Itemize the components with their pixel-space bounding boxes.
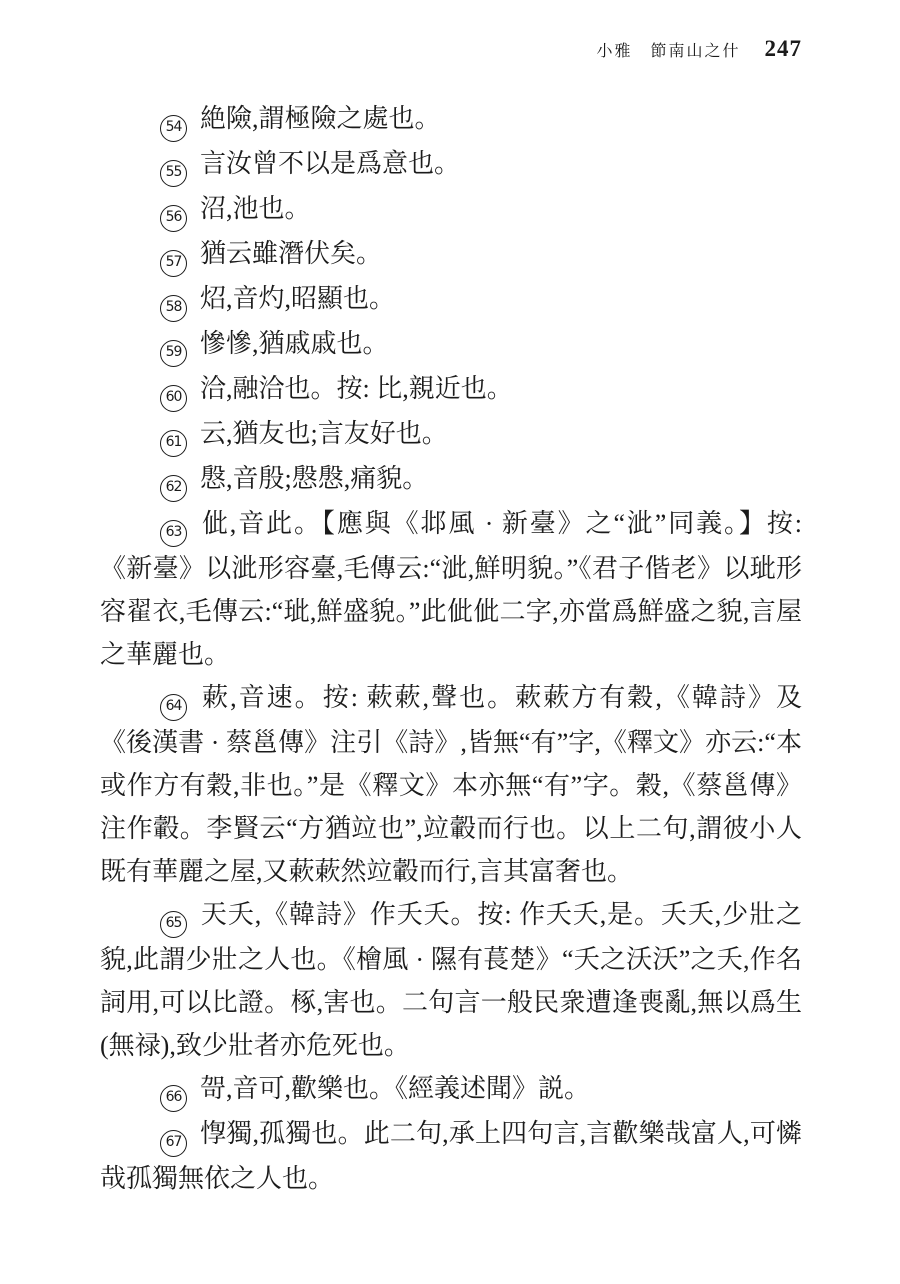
annotations-list: 54絶險,謂極險之處也。 55言汝曾不以是爲意也。 56沼,池也。 57猶云雖潛… bbox=[100, 97, 802, 1200]
note-item: 54絶險,謂極險之處也。 bbox=[100, 97, 802, 142]
note-item: 55言汝曾不以是爲意也。 bbox=[100, 142, 802, 187]
note-item: 62慇,音殷;慇慇,痛貌。 bbox=[100, 457, 802, 502]
note-item: 56沼,池也。 bbox=[100, 187, 802, 232]
header-chapter-title: 節南山之什 bbox=[650, 38, 740, 61]
note-text: 云,猶友也;言友好也。 bbox=[200, 419, 448, 448]
page-number: 247 bbox=[765, 36, 803, 62]
note-number-badge: 66 bbox=[160, 1085, 187, 1112]
note-number-badge: 65 bbox=[160, 911, 187, 938]
note-text: 洽,融洽也。按: 比,親近也。 bbox=[200, 374, 513, 403]
note-text: 蔌,音速。按: 蔌蔌,聲也。蔌蔌方有穀,《韓詩》及《後漢書 · 蔡邕傳》注引《詩… bbox=[100, 683, 802, 886]
note-number-badge: 63 bbox=[160, 520, 187, 547]
note-item: 58炤,音灼,昭顯也。 bbox=[100, 277, 802, 322]
note-item: 65天夭,《韓詩》作夭夭。按: 作夭夭,是。夭夭,少壯之貌,此謂少壯之人也。《檜… bbox=[100, 893, 802, 1067]
note-text: 絶險,謂極險之處也。 bbox=[200, 104, 441, 133]
note-number-badge: 64 bbox=[160, 694, 187, 721]
note-text: 猶云雖潛伏矣。 bbox=[200, 239, 382, 268]
note-item: 66哿,音可,歡樂也。《經義述聞》説。 bbox=[100, 1067, 802, 1112]
note-number-badge: 59 bbox=[160, 340, 187, 367]
note-item: 59慘慘,猶戚戚也。 bbox=[100, 322, 802, 367]
note-item: 57猶云雖潛伏矣。 bbox=[100, 232, 802, 277]
book-page: 小雅 節南山之什 247 54絶險,謂極險之處也。 55言汝曾不以是爲意也。 5… bbox=[0, 0, 900, 1284]
note-text: 哿,音可,歡樂也。《經義述聞》説。 bbox=[200, 1074, 590, 1103]
note-item: 63佌,音此。【應與《邶風 · 新臺》之“泚”同義。】按:《新臺》以泚形容臺,毛… bbox=[100, 502, 802, 676]
note-text: 天夭,《韓詩》作夭夭。按: 作夭夭,是。夭夭,少壯之貌,此謂少壯之人也。《檜風 … bbox=[100, 900, 802, 1060]
header-section-title: 小雅 bbox=[596, 38, 632, 61]
note-item: 60洽,融洽也。按: 比,親近也。 bbox=[100, 367, 802, 412]
note-text: 佌,音此。【應與《邶風 · 新臺》之“泚”同義。】按:《新臺》以泚形容臺,毛傳云… bbox=[100, 509, 802, 669]
note-item: 64蔌,音速。按: 蔌蔌,聲也。蔌蔌方有穀,《韓詩》及《後漢書 · 蔡邕傳》注引… bbox=[100, 676, 802, 893]
running-header: 小雅 節南山之什 247 bbox=[100, 36, 802, 62]
note-number-badge: 61 bbox=[160, 430, 187, 457]
note-number-badge: 55 bbox=[160, 160, 187, 187]
note-text: 沼,池也。 bbox=[200, 194, 311, 223]
note-number-badge: 57 bbox=[160, 250, 187, 277]
note-number-badge: 56 bbox=[160, 205, 187, 232]
note-text: 炤,音灼,昭顯也。 bbox=[200, 284, 395, 313]
note-text: 慇,音殷;慇慇,痛貌。 bbox=[200, 464, 428, 493]
note-number-badge: 58 bbox=[160, 295, 187, 322]
note-item: 67惸獨,孤獨也。此二句,承上四句言,言歡樂哉富人,可憐哉孤獨無依之人也。 bbox=[100, 1112, 802, 1200]
note-item: 61云,猶友也;言友好也。 bbox=[100, 412, 802, 457]
note-text: 言汝曾不以是爲意也。 bbox=[200, 149, 460, 178]
note-number-badge: 60 bbox=[160, 385, 187, 412]
note-number-badge: 67 bbox=[160, 1130, 187, 1157]
note-number-badge: 62 bbox=[160, 475, 187, 502]
note-text: 慘慘,猶戚戚也。 bbox=[200, 329, 389, 358]
note-number-badge: 54 bbox=[160, 115, 187, 142]
note-text: 惸獨,孤獨也。此二句,承上四句言,言歡樂哉富人,可憐哉孤獨無依之人也。 bbox=[100, 1119, 802, 1193]
